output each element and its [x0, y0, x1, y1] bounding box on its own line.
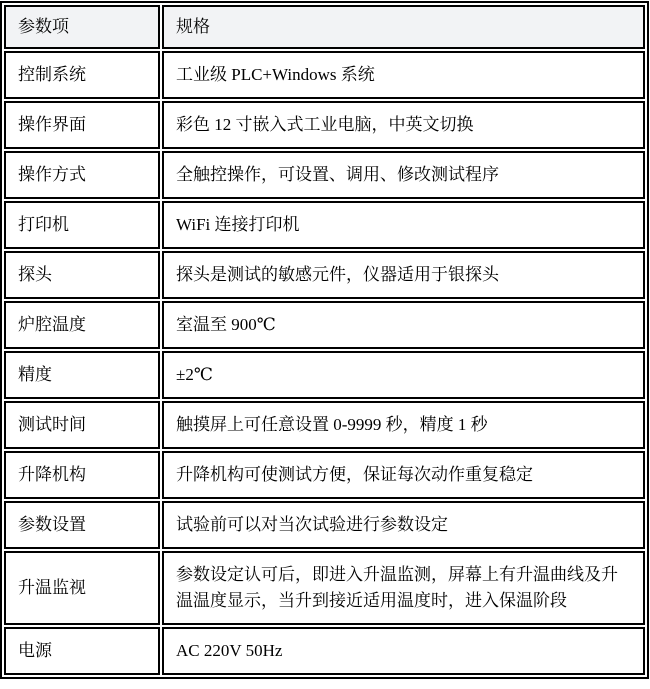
spec-cell: 全触控操作，可设置、调用、修改测试程序	[162, 151, 645, 199]
param-cell: 控制系统	[4, 51, 160, 99]
param-cell: 升降机构	[4, 451, 160, 499]
spec-cell: ±2℃	[162, 351, 645, 399]
spec-cell: 彩色 12 寸嵌入式工业电脑，中英文切换	[162, 101, 645, 149]
spec-cell: 试验前可以对当次试验进行参数设定	[162, 501, 645, 549]
param-cell: 升温监视	[4, 551, 160, 625]
spec-cell: 触摸屏上可任意设置 0-9999 秒，精度 1 秒	[162, 401, 645, 449]
spec-cell: WiFi 连接打印机	[162, 201, 645, 249]
param-cell: 参数设置	[4, 501, 160, 549]
table-row: 升温监视参数设定认可后，即进入升温监测，屏幕上有升温曲线及升温温度显示，当升到接…	[4, 551, 645, 625]
table-row: 精度±2℃	[4, 351, 645, 399]
table-row: 测试时间触摸屏上可任意设置 0-9999 秒，精度 1 秒	[4, 401, 645, 449]
spec-table: 参数项 规格 控制系统工业级 PLC+Windows 系统操作界面彩色 12 寸…	[0, 1, 649, 679]
spec-cell: 参数设定认可后，即进入升温监测，屏幕上有升温曲线及升温温度显示，当升到接近适用温…	[162, 551, 645, 625]
param-cell: 精度	[4, 351, 160, 399]
spec-table-body: 控制系统工业级 PLC+Windows 系统操作界面彩色 12 寸嵌入式工业电脑…	[4, 51, 645, 675]
param-cell: 电源	[4, 627, 160, 675]
param-cell: 操作界面	[4, 101, 160, 149]
spec-cell: 室温至 900℃	[162, 301, 645, 349]
header-cell-param: 参数项	[4, 5, 160, 49]
param-cell: 探头	[4, 251, 160, 299]
table-row: 探头探头是测试的敏感元件，仪器适用于银探头	[4, 251, 645, 299]
param-cell: 打印机	[4, 201, 160, 249]
header-row: 参数项 规格	[4, 5, 645, 49]
spec-cell: 工业级 PLC+Windows 系统	[162, 51, 645, 99]
spec-cell: AC 220V 50Hz	[162, 627, 645, 675]
table-row: 升降机构升降机构可使测试方便，保证每次动作重复稳定	[4, 451, 645, 499]
table-row: 操作界面彩色 12 寸嵌入式工业电脑，中英文切换	[4, 101, 645, 149]
header-cell-spec: 规格	[162, 5, 645, 49]
param-cell: 操作方式	[4, 151, 160, 199]
spec-cell: 探头是测试的敏感元件，仪器适用于银探头	[162, 251, 645, 299]
param-cell: 炉腔温度	[4, 301, 160, 349]
table-row: 炉腔温度室温至 900℃	[4, 301, 645, 349]
spec-cell: 升降机构可使测试方便，保证每次动作重复稳定	[162, 451, 645, 499]
param-cell: 测试时间	[4, 401, 160, 449]
table-row: 参数设置试验前可以对当次试验进行参数设定	[4, 501, 645, 549]
table-row: 操作方式全触控操作，可设置、调用、修改测试程序	[4, 151, 645, 199]
spec-table-header: 参数项 规格	[4, 5, 645, 49]
table-row: 打印机WiFi 连接打印机	[4, 201, 645, 249]
table-row: 电源AC 220V 50Hz	[4, 627, 645, 675]
table-row: 控制系统工业级 PLC+Windows 系统	[4, 51, 645, 99]
